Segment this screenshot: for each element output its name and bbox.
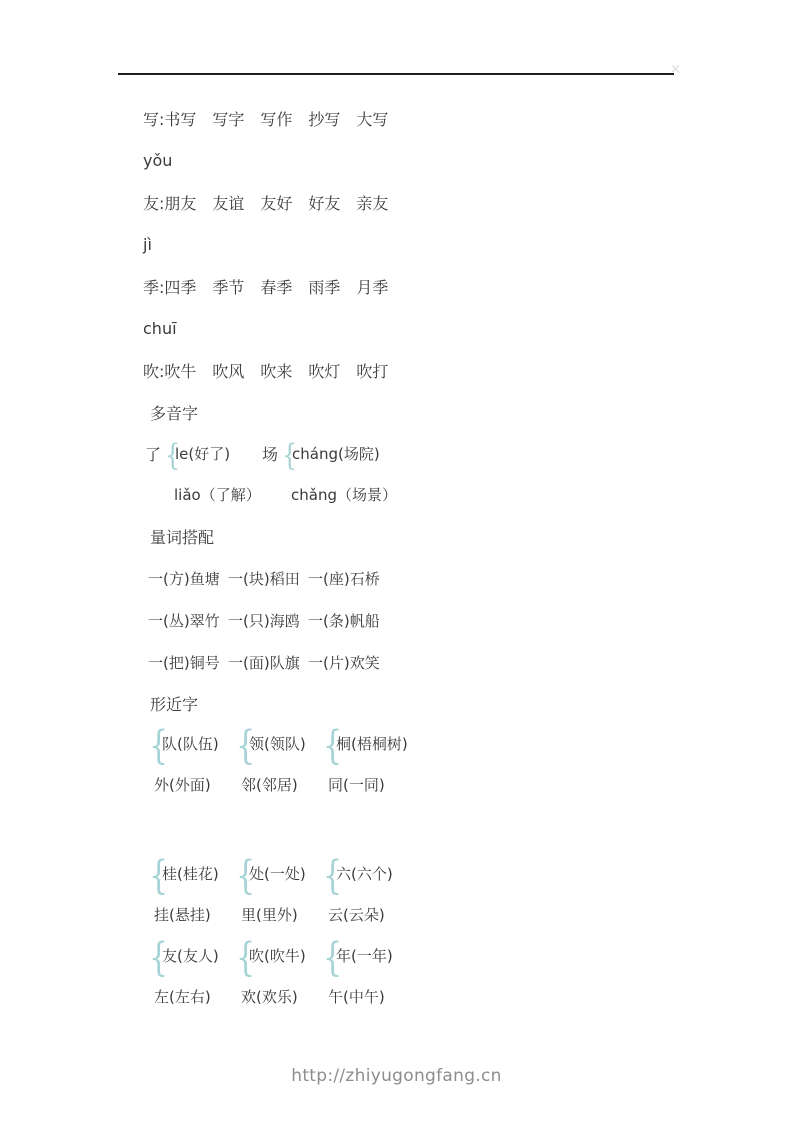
section-heading-liangci: 量词搭配: [143, 515, 723, 557]
liangci-row: 一(把)铜号 一(面)队旗 一(片)欢笑: [143, 641, 723, 683]
xingjinzi-top-row: { 桂(桂花): [149, 853, 236, 894]
xingjinzi-group: { 六(六个) 云(云朵): [323, 853, 410, 935]
xingjinzi-bottom-row: 同(一同): [323, 764, 410, 805]
xingjinzi-bottom-row: 云(云朵): [323, 894, 410, 935]
xingjinzi-word-bottom: 午(中午): [328, 986, 385, 1007]
brace-icon: {: [323, 857, 336, 896]
xingjinzi-bottom-row: 邻(邻居): [236, 764, 323, 805]
xingjinzi-top-row: { 队(队伍): [149, 723, 236, 764]
xingjinzi-word-top: 处(一处): [249, 863, 306, 884]
xingjinzi-word-top: 桐(梧桐树): [336, 733, 408, 754]
pinyin-line-chui: chuī: [143, 307, 723, 349]
duoyin-reading-top: le(好了): [175, 443, 230, 464]
liangci-item: 一(面)队旗: [228, 652, 308, 673]
xingjinzi-group: { 友(友人) 左(左右): [149, 935, 236, 1017]
xingjinzi-top-row: { 友(友人): [149, 935, 236, 976]
xingjinzi-group: { 领(领队) 邻(邻居): [236, 723, 323, 805]
brace-icon: {: [236, 857, 249, 896]
xingjinzi-top-row: { 领(领队): [236, 723, 323, 764]
xingjinzi-top-row: { 六(六个): [323, 853, 410, 894]
brace-icon: {: [149, 939, 162, 978]
liangci-item: 一(座)石桥: [308, 568, 380, 589]
brace-icon: {: [323, 727, 336, 766]
brace-icon: {: [236, 727, 249, 766]
xingjinzi-word-bottom: 欢(欢乐): [241, 986, 298, 1007]
xingjinzi-word-bottom: 云(云朵): [328, 904, 385, 925]
xingjinzi-word-bottom: 里(里外): [241, 904, 298, 925]
word-line-xie: 写:书写 写字 写作 抄写 大写: [143, 97, 723, 139]
liangci-row: 一(丛)翠竹 一(只)海鸥 一(条)帆船: [143, 599, 723, 641]
brace-icon: {: [282, 440, 292, 470]
xingjinzi-word-bottom: 挂(悬挂): [154, 904, 211, 925]
word-line-you: 友:朋友 友谊 友好 好友 亲友: [143, 181, 723, 223]
brace-icon: {: [149, 857, 162, 896]
xingjinzi-bottom-row: 欢(欢乐): [236, 976, 323, 1017]
xingjinzi-word-top: 队(队伍): [162, 733, 219, 754]
xingjinzi-top-row: { 处(一处): [236, 853, 323, 894]
duoyin-bottom-row: chǎng（场景）: [262, 474, 397, 515]
xingjinzi-word-top: 桂(桂花): [162, 863, 219, 884]
xingjinzi-word-top: 六(六个): [336, 863, 393, 884]
xingjinzi-group: { 吹(吹牛) 欢(欢乐): [236, 935, 323, 1017]
xingjinzi-group: { 桂(桂花) 挂(悬挂): [149, 853, 236, 935]
section-heading-duoyinzi: 多音字: [143, 391, 723, 433]
header-rule: [118, 73, 674, 75]
xingjinzi-bottom-row: 左(左右): [149, 976, 236, 1017]
liangci-row: 一(方)鱼塘 一(块)稻田 一(座)石桥: [143, 557, 723, 599]
scan-artifact-icon: ×: [670, 63, 681, 76]
xingjinzi-bottom-row: 外(外面): [149, 764, 236, 805]
pinyin-line-ji: jì: [143, 223, 723, 265]
document-content: 写:书写 写字 写作 抄写 大写 yǒu 友:朋友 友谊 友好 好友 亲友 jì…: [143, 97, 723, 1017]
duoyin-group-le: 了 { le(好了) liǎo（了解）: [145, 433, 262, 515]
liangci-item: 一(条)帆船: [308, 610, 380, 631]
xingjinzi-top-row: { 年(一年): [323, 935, 410, 976]
liangci-item: 一(只)海鸥: [228, 610, 308, 631]
word-line-ji: 季:四季 季节 春季 雨季 月季: [143, 265, 723, 307]
brace-icon: {: [323, 939, 336, 978]
xingjinzi-word-bottom: 同(一同): [328, 774, 385, 795]
pinyin-line-you: yǒu: [143, 139, 723, 181]
xingjinzi-group: { 年(一年) 午(中午): [323, 935, 410, 1017]
brace-icon: {: [165, 440, 175, 470]
xingjinzi-group: { 队(队伍) 外(外面): [149, 723, 236, 805]
xingjinzi-row: { 队(队伍) 外(外面) { 领(领队) 邻(邻居) {: [143, 723, 723, 805]
duoyin-top-row: 了 { le(好了): [145, 433, 262, 474]
brace-icon: {: [236, 939, 249, 978]
xingjinzi-bottom-row: 午(中午): [323, 976, 410, 1017]
duoyin-reading-bottom: liǎo（了解）: [174, 484, 261, 505]
xingjinzi-top-row: { 吹(吹牛): [236, 935, 323, 976]
liangci-item: 一(把)铜号: [148, 652, 228, 673]
xingjinzi-group: { 处(一处) 里(里外): [236, 853, 323, 935]
xingjinzi-bottom-row: 里(里外): [236, 894, 323, 935]
xingjinzi-group: { 桐(梧桐树) 同(一同): [323, 723, 410, 805]
xingjinzi-bottom-row: 挂(悬挂): [149, 894, 236, 935]
xingjinzi-word-bottom: 左(左右): [154, 986, 211, 1007]
liangci-item: 一(方)鱼塘: [148, 568, 228, 589]
section-heading-xingjinzi: 形近字: [143, 683, 723, 723]
xingjinzi-word-top: 友(友人): [162, 945, 219, 966]
document-page: × 写:书写 写字 写作 抄写 大写 yǒu 友:朋友 友谊 友好 好友 亲友 …: [0, 0, 793, 1122]
brace-icon: {: [149, 727, 162, 766]
xingjinzi-word-bottom: 外(外面): [154, 774, 211, 795]
liangci-item: 一(片)欢笑: [308, 652, 380, 673]
liangci-item: 一(丛)翠竹: [148, 610, 228, 631]
xingjinzi-row: { 友(友人) 左(左右) { 吹(吹牛) 欢(欢乐) {: [143, 935, 723, 1017]
duoyin-reading-top: cháng(场院): [292, 443, 380, 464]
duoyinzi-block: 了 { le(好了) liǎo（了解） 场 { cháng(场院) chǎng（…: [143, 433, 723, 515]
xingjinzi-row: { 桂(桂花) 挂(悬挂) { 处(一处) 里(里外) {: [143, 853, 723, 935]
duoyin-bottom-row: liǎo（了解）: [145, 474, 262, 515]
duoyin-base-char: 了: [145, 442, 165, 465]
duoyin-base-char: 场: [262, 442, 282, 465]
xingjinzi-word-top: 年(一年): [336, 945, 393, 966]
liangci-item: 一(块)稻田: [228, 568, 308, 589]
xingjinzi-word-top: 领(领队): [249, 733, 306, 754]
duoyin-group-chang: 场 { cháng(场院) chǎng（场景）: [262, 433, 397, 515]
footer-url: http://zhiyugongfang.cn: [0, 1066, 793, 1086]
xingjinzi-top-row: { 桐(梧桐树): [323, 723, 410, 764]
xingjinzi-word-bottom: 邻(邻居): [241, 774, 298, 795]
duoyin-top-row: 场 { cháng(场院): [262, 433, 397, 474]
word-line-chui: 吹:吹牛 吹风 吹来 吹灯 吹打: [143, 349, 723, 391]
duoyin-reading-bottom: chǎng（场景）: [291, 484, 397, 505]
xingjinzi-word-top: 吹(吹牛): [249, 945, 306, 966]
